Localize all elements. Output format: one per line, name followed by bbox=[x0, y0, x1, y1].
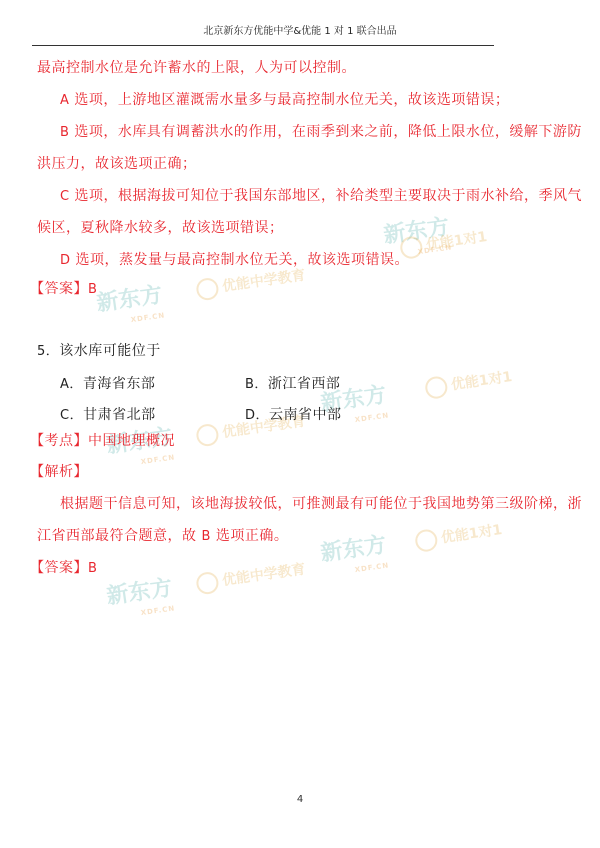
youneng-logo-icon bbox=[195, 571, 220, 596]
youneng-logo-icon bbox=[414, 528, 439, 553]
youneng-middle-watermark: 优能中学教育 bbox=[195, 264, 307, 301]
choice-b: B．浙江省西部 bbox=[245, 373, 340, 393]
answer: 【答案】B bbox=[30, 557, 97, 577]
page-header: 北京新东方优能中学&优能 1 对 1 联合出品 bbox=[0, 22, 600, 37]
youneng-1v1-watermark: 优能1对1 bbox=[399, 226, 489, 260]
analysis-text-line2: 江省西部最符合题意，故 B 选项正确。 bbox=[37, 525, 288, 545]
analysis-intro: 最高控制水位是允许蓄水的上限，人为可以控制。 bbox=[37, 57, 356, 77]
option-analysis-d: D 选项，蒸发量与最高控制水位无关，故该选项错误。 bbox=[60, 249, 409, 269]
youneng-1v1-watermark: 优能1对1 bbox=[414, 519, 504, 553]
youneng-logo-icon bbox=[195, 423, 220, 448]
analysis-text-line1: 根据题干信息可知，该地海拔较低，可推测最有可能位于我国地势第三级阶梯，浙 bbox=[60, 493, 582, 513]
option-analysis-c: C 选项，根据海拔可知位于我国东部地区，补给类型主要取决于雨水补给，季风气 bbox=[60, 185, 582, 205]
youneng-1v1-watermark: 优能1对1 bbox=[424, 366, 514, 400]
analysis-label: 【解析】 bbox=[30, 461, 88, 481]
youneng-logo-icon bbox=[424, 375, 449, 400]
choice-c: C．甘肃省北部 bbox=[60, 404, 156, 424]
xdf-watermark: 新东方XDF.CN bbox=[96, 286, 167, 335]
option-analysis-c-continued: 候区，夏秋降水较多，故该选项错误； bbox=[37, 217, 284, 237]
option-analysis-a: A 选项，上游地区灌溉需水量多与最高控制水位无关，故该选项错误； bbox=[60, 89, 509, 109]
youneng-middle-watermark: 优能中学教育 bbox=[195, 558, 307, 595]
xdf-watermark: 新东方XDF.CN bbox=[320, 536, 391, 585]
xdf-watermark: 新东方XDF.CN bbox=[106, 579, 177, 628]
prev-answer: 【答案】B bbox=[30, 278, 97, 298]
youneng-logo-icon bbox=[195, 277, 220, 302]
topic-label: 【考点】中国地理概况 bbox=[30, 430, 175, 450]
choice-a: A．青海省东部 bbox=[60, 373, 155, 393]
option-analysis-b: B 选项，水库具有调蓄洪水的作用，在雨季到来之前，降低上限水位，缓解下游防 bbox=[60, 121, 582, 141]
page-number: 4 bbox=[0, 794, 600, 805]
choice-d: D．云南省中部 bbox=[245, 404, 342, 424]
question-stem: 5．该水库可能位于 bbox=[37, 340, 161, 360]
header-rule bbox=[32, 45, 494, 46]
option-analysis-b-continued: 洪压力，故该选项正确； bbox=[37, 153, 197, 173]
